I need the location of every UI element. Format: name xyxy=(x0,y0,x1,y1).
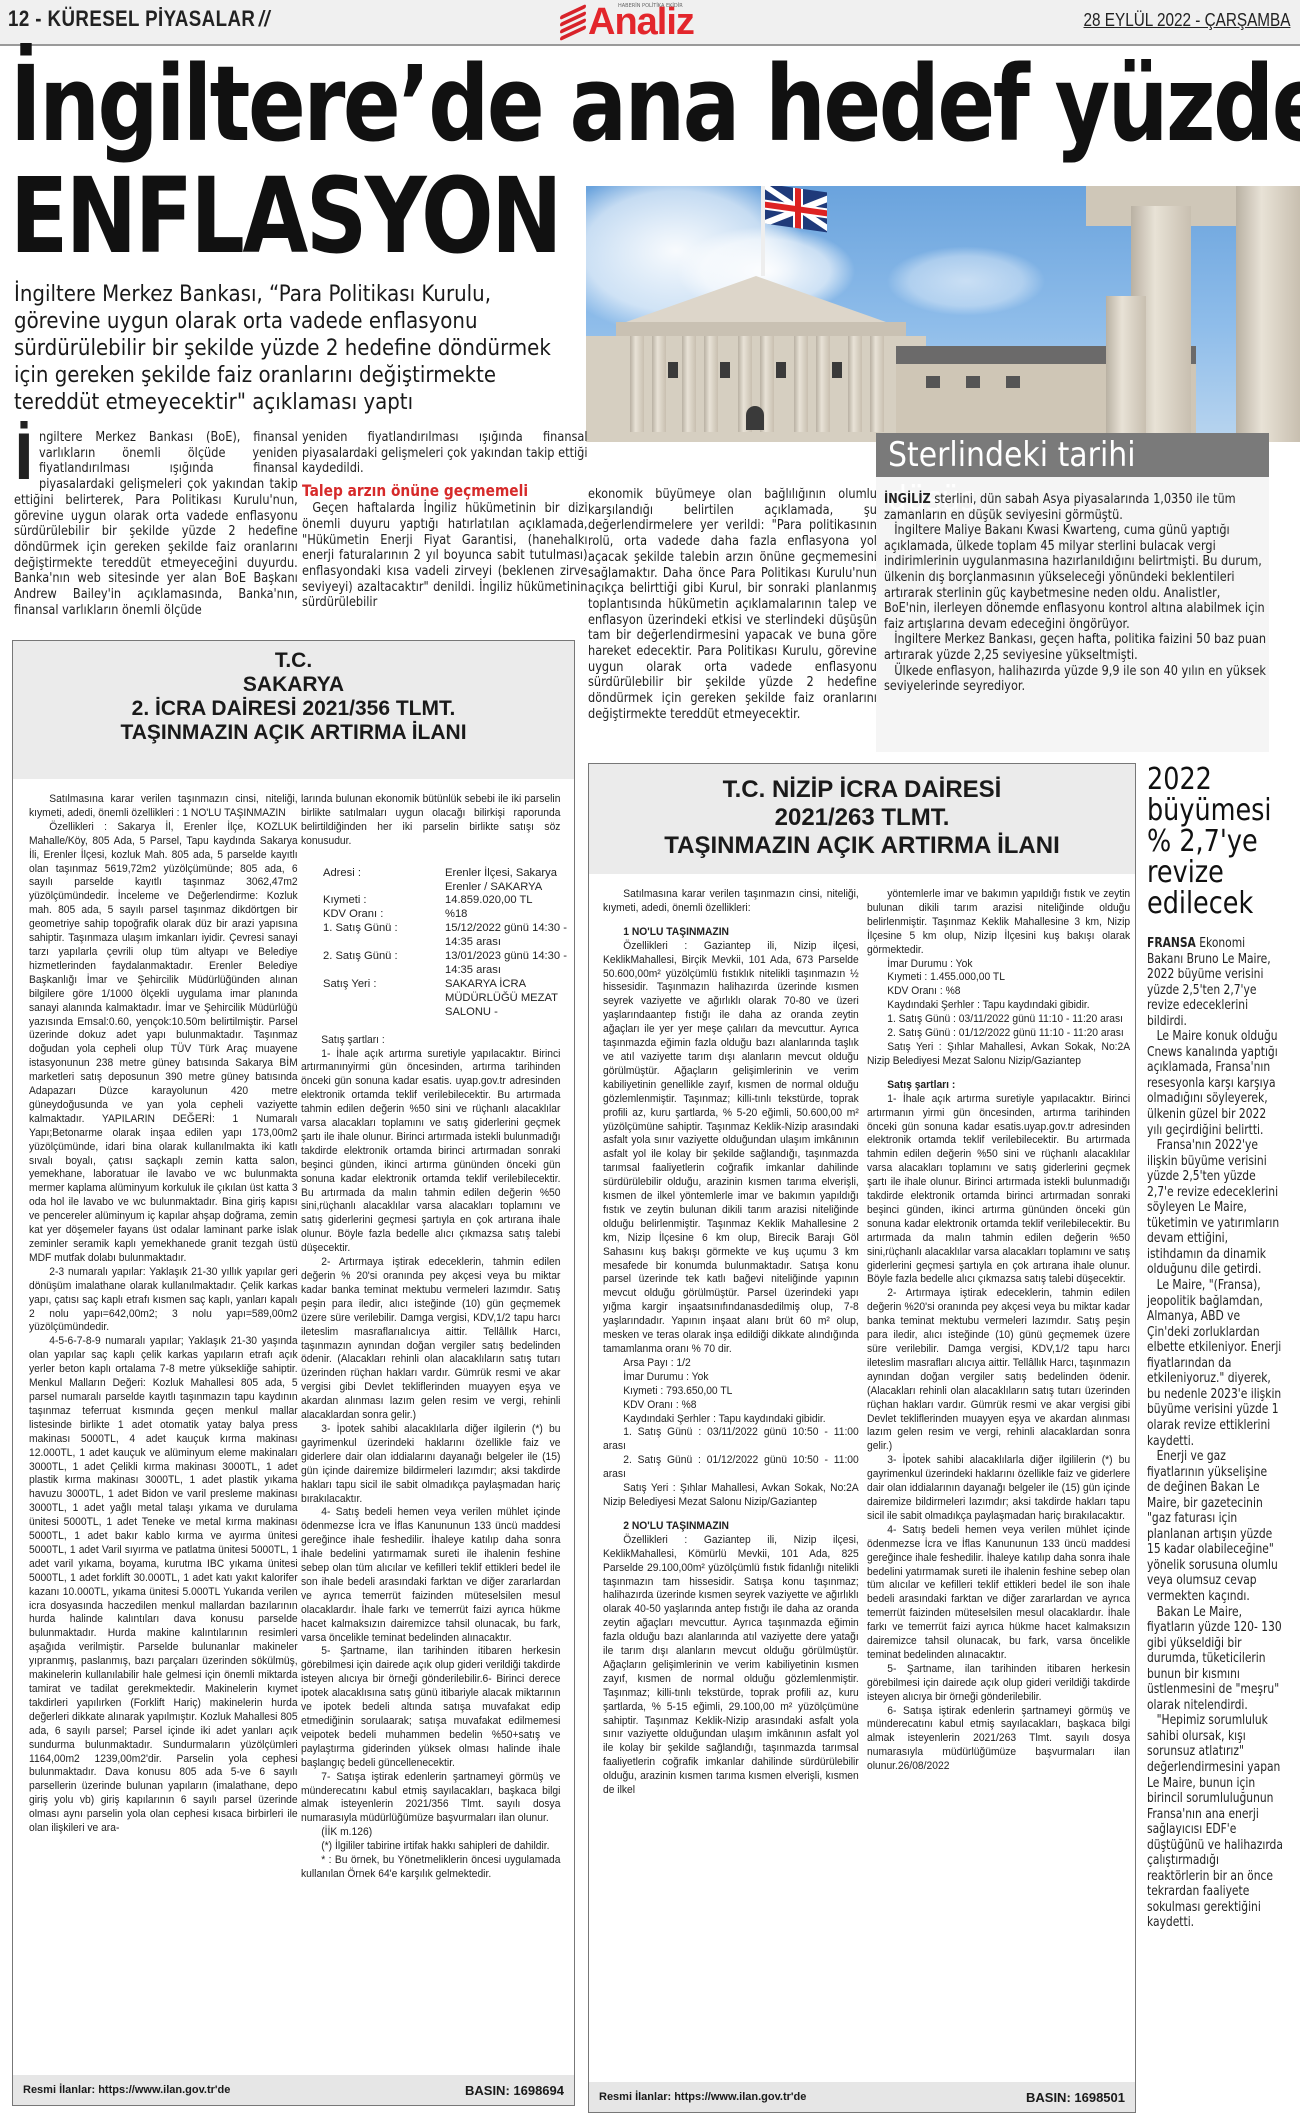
article-subheading: Talep arzın önüne geçmemeli xyxy=(302,481,588,501)
detail-value: 13/01/2023 günü 14:30 - 14:35 arası xyxy=(445,950,573,978)
article-column-2: yeniden fiyatlandırılması ışığında finan… xyxy=(302,430,588,611)
notice-paragraph: 1. Satış Günü : 03/11/2022 günü 11:10 - … xyxy=(867,1013,1130,1027)
france-p7: "Hepimiz sorumluluk sahibi olursak, kışı… xyxy=(1147,1713,1283,1931)
notice-paragraph: 4- Satış bedeli hemen veya verilen mühle… xyxy=(301,1506,560,1645)
subheadline: İngiltere Merkez Bankası, “Para Politika… xyxy=(14,281,577,416)
sakarya-head-3: 2. İCRA DAİRESİ 2021/356 TLMT. xyxy=(13,697,574,721)
notice-paragraph: 2- Artırmaya iştirak edeceklerin, tahmin… xyxy=(867,1287,1130,1454)
section-title: 12 - KÜRESEL PİYASALAR xyxy=(8,6,255,31)
logo-tagline: HABERİN POLİTİKA EKİDİR xyxy=(618,3,683,9)
france-p5: Enerji ve gaz fiyatlarının yükselişine d… xyxy=(1147,1449,1283,1604)
notice-paragraph: 4-5-6-7-8-9 numaralı yapılar; Yaklaşık 2… xyxy=(29,1335,298,1836)
issue-date: 28 EYLÜL 2022 - ÇARŞAMBA xyxy=(1083,10,1290,31)
basin-number: BASIN: 1698694 xyxy=(465,2083,564,2098)
notice-paragraph: Kıymeti : 793.650,00 TL xyxy=(603,1385,859,1399)
notice-paragraph: Özellikleri : Gaziantep ili, Nizip ilçes… xyxy=(603,1534,859,1798)
notice-paragraph: Kıymeti : 1.455.000,00 TL xyxy=(867,971,1130,985)
article-col1-text: ngiltere Merkez Bankası (BoE), finansal … xyxy=(14,430,298,618)
notice-paragraph: KDV Oranı : %8 xyxy=(603,1399,859,1413)
detail-label: Kıymeti : xyxy=(323,894,445,908)
resmi-ilanlar-link[interactable]: Resmi İlanlar: https://www.ilan.gov.tr'd… xyxy=(599,2091,806,2103)
notice-paragraph: 2-3 numaralı yapılar: Yaklaşık 21-30 yıl… xyxy=(29,1266,298,1336)
notice-paragraph: yöntemlerle imar ve bakımın yapıldığı fı… xyxy=(867,888,1130,958)
detail-label: Satış Yeri : xyxy=(323,978,445,1020)
detail-value: SAKARYA İCRA MÜDÜRLÜĞÜ MEZAT SALONU - xyxy=(445,978,573,1020)
notice-paragraph: Kaydındaki Şerhler : Tapu kaydındaki gib… xyxy=(603,1413,859,1427)
notice-paragraph: 1- İhale açık artırma suretiyle yapılaca… xyxy=(867,1093,1130,1288)
sterlin-p4: Ülkede enflasyon, halihazırda yüzde 9,9 … xyxy=(884,664,1267,695)
sakarya-footer: Resmi İlanlar: https://www.ilan.gov.tr'd… xyxy=(13,2075,574,2105)
sakarya-head-2: SAKARYA xyxy=(13,673,574,697)
nizip-head-3: TAŞINMAZIN AÇIK ARTIRMA İLANI xyxy=(589,832,1135,860)
headline-line-1: İngiltere’de ana hedef yüzde 2 xyxy=(10,43,1300,165)
notice-paragraph: 2. Satış Günü : 01/12/2022 günü 11:10 - … xyxy=(867,1027,1130,1041)
france-p6: Bakan Le Maire, fiyatların yüzde 120- 13… xyxy=(1147,1605,1283,1714)
sakarya-head-4: TAŞINMAZIN AÇIK ARTIRMA İLANI xyxy=(13,721,574,745)
notice-paragraph: (*) İlgililer tabirine irtifak hakkı sah… xyxy=(301,1840,560,1854)
notice-paragraph: Satılmasına karar verilen taşınmazın cin… xyxy=(603,888,859,916)
notice-paragraph: 1- İhale açık artırma suretiyle yapılaca… xyxy=(301,1048,560,1257)
notice-paragraph: 5- Şartname, ilan tarihinden itibaren he… xyxy=(301,1645,560,1770)
nizip-head-2: 2021/263 TLMT. xyxy=(589,804,1135,832)
sakarya-head-1: T.C. xyxy=(13,649,574,673)
notice-paragraph: 5- Şartname, ilan tarihinden itibaren he… xyxy=(867,1663,1130,1705)
france-article-body: FRANSA Ekonomi Bakanı Bruno Le Maire, 20… xyxy=(1147,936,1283,1931)
france-p2: Le Maire konuk olduğu Cnews kanalında ya… xyxy=(1147,1029,1283,1138)
notice-paragraph: * : Bu örnek, bu Yönetmeliklerin öncesi … xyxy=(301,1854,560,1882)
notice-paragraph: İmar Durumu : Yok xyxy=(603,1371,859,1385)
sterlin-p3: İngiltere Merkez Bankası, geçen hafta, p… xyxy=(884,632,1267,663)
notice-paragraph: Satış Yeri : Şıhlar Mahallesi, Avkan Sok… xyxy=(867,1041,1130,1069)
notice-paragraph: 3- İpotek sahibi alacaklılarla diğer ilg… xyxy=(867,1454,1130,1524)
detail-value: 15/12/2022 günü 14:30 - 14:35 arası xyxy=(445,922,573,950)
article-col3-text: ekonomik büyümeye olan bağlılığının olum… xyxy=(588,487,877,723)
france-lead: FRANSA xyxy=(1147,936,1196,951)
detail-label: Adresi : xyxy=(323,867,445,895)
nizip-col-1: Satılmasına karar verilen taşınmazın cin… xyxy=(603,888,859,2078)
dropcap: İ xyxy=(14,432,34,484)
notice-paragraph: 2- Artırmaya iştirak edeceklerin, tahmin… xyxy=(301,1256,560,1423)
nizip-footer: Resmi İlanlar: https://www.ilan.gov.tr'd… xyxy=(589,2082,1135,2112)
detail-value: 14.859.020,00 TL xyxy=(445,894,573,908)
notice-paragraph: Satış şartları : xyxy=(301,1034,560,1048)
nizip-notice-header: T.C. NİZİP İCRA DAİRESİ 2021/263 TLMT. T… xyxy=(589,764,1135,874)
notice-paragraph: Arsa Payı : 1/2 xyxy=(603,1357,859,1371)
notice-paragraph: 1 NO'LU TAŞINMAZIN xyxy=(603,926,859,940)
france-p3: Fransa'nın 2022'ye ilişkin büyüme verisi… xyxy=(1147,1138,1283,1278)
article-column-1: İngiltere Merkez Bankası (BoE), finansal… xyxy=(14,430,298,618)
sakarya-auction-notice: T.C. SAKARYA 2. İCRA DAİRESİ 2021/356 TL… xyxy=(12,640,575,2106)
notice-paragraph: 7- Satışa iştirak edenlerin şartnameyi g… xyxy=(301,1771,560,1827)
section-slash-icon: // xyxy=(259,6,270,31)
notice-paragraph: 2 NO'LU TAŞINMAZIN xyxy=(603,1520,859,1534)
notice-paragraph: 1. Satış Günü : 03/11/2022 günü 10:50 - … xyxy=(603,1426,859,1454)
sterlin-p2: İngiltere Maliye Bakanı Kwasi Kwarteng, … xyxy=(884,523,1267,632)
article-column-3: ekonomik büyümeye olan bağlılığının olum… xyxy=(588,487,877,723)
sakarya-notice-header: T.C. SAKARYA 2. İCRA DAİRESİ 2021/356 TL… xyxy=(13,641,574,779)
newspaper-logo: HABERİN POLİTİKA EKİDİR Analiz xyxy=(560,2,694,42)
nizip-auction-notice: T.C. NİZİP İCRA DAİRESİ 2021/263 TLMT. T… xyxy=(588,763,1136,2113)
sterlin-body: İNGİLİZ sterlini, dün sabah Asya piyasal… xyxy=(884,492,1267,695)
detail-label: 2. Satış Günü : xyxy=(323,950,445,978)
sakarya-col-2: larında bulunan ekonomik bütünlük sebebi… xyxy=(301,793,593,1882)
detail-label: KDV Oranı : xyxy=(323,908,445,922)
notice-paragraph: İmar Durumu : Yok xyxy=(867,958,1130,972)
notice-paragraph: Özellikleri : Sakarya İl, Erenler İlçe, … xyxy=(29,821,298,1266)
logo-stripes-icon xyxy=(560,4,586,40)
sakarya-conditions: Satış şartları :1- İhale açık artırma su… xyxy=(301,1034,560,1882)
resmi-ilanlar-link[interactable]: Resmi İlanlar: https://www.ilan.gov.tr'd… xyxy=(23,2084,230,2096)
detail-value: Erenler İlçesi, Sakarya Erenler / SAKARY… xyxy=(445,867,573,895)
detail-label: 1. Satış Günü : xyxy=(323,922,445,950)
notice-paragraph: (İİK m.126) xyxy=(301,1826,560,1840)
basin-number: BASIN: 1698501 xyxy=(1026,2090,1125,2105)
nizip-head-1: T.C. NİZİP İCRA DAİRESİ xyxy=(589,776,1135,804)
france-article-title: 2022 büyümesi % 2,7'ye revize edilecek xyxy=(1147,764,1283,919)
sakarya-intro: larında bulunan ekonomik bütünlük sebebi… xyxy=(301,793,560,849)
section-label: 12 - KÜRESEL PİYASALAR// xyxy=(8,6,270,32)
notice-paragraph: 3- İpotek sahibi alacaklılarla diğer ilg… xyxy=(301,1423,560,1506)
notice-paragraph: Satılmasına karar verilen taşınmazın cin… xyxy=(29,793,298,821)
sterlin-title-bar: Sterlindeki tarihi düşüş xyxy=(876,433,1269,477)
sterlin-p1: sterlini, dün sabah Asya piyasalarında 1… xyxy=(884,492,1236,523)
sakarya-details-table: Adresi :Erenler İlçesi, Sakarya Erenler … xyxy=(323,867,573,1020)
notice-paragraph: 6- Satışa iştirak edenlerin şartnameyi g… xyxy=(867,1705,1130,1775)
france-p4: Le Maire, "(Fransa), jeopolitik bağlamda… xyxy=(1147,1278,1283,1449)
sakarya-col-1: Satılmasına karar verilen taşınmazın cin… xyxy=(29,793,298,2053)
article-col2-p2: Geçen haftalarda İngiliz hükümetinin bir… xyxy=(302,501,588,611)
sterlin-lead: İNGİLİZ xyxy=(884,492,931,507)
article-col2-p1: yeniden fiyatlandırılması ışığında finan… xyxy=(302,430,588,477)
nizip-col-2: yöntemlerle imar ve bakımın yapıldığı fı… xyxy=(867,888,1130,2078)
notice-paragraph: 2. Satış Günü : 01/12/2022 günü 10:50 - … xyxy=(603,1454,859,1482)
notice-paragraph: Satış şartları : xyxy=(867,1079,1130,1093)
notice-paragraph: Kaydındaki Şerhler : Tapu kaydındaki gib… xyxy=(867,999,1130,1013)
notice-paragraph: 4- Satış bedeli hemen veya verilen mühle… xyxy=(867,1524,1130,1663)
notice-paragraph: Satış Yeri : Şıhlar Mahallesi, Avkan Sok… xyxy=(603,1482,859,1510)
bank-of-england-photo xyxy=(586,186,1300,442)
detail-value: %18 xyxy=(445,908,573,922)
notice-paragraph: Özellikleri : Gaziantep ili, Nizip ilçes… xyxy=(603,940,859,1357)
notice-paragraph: KDV Oranı : %8 xyxy=(867,985,1130,999)
